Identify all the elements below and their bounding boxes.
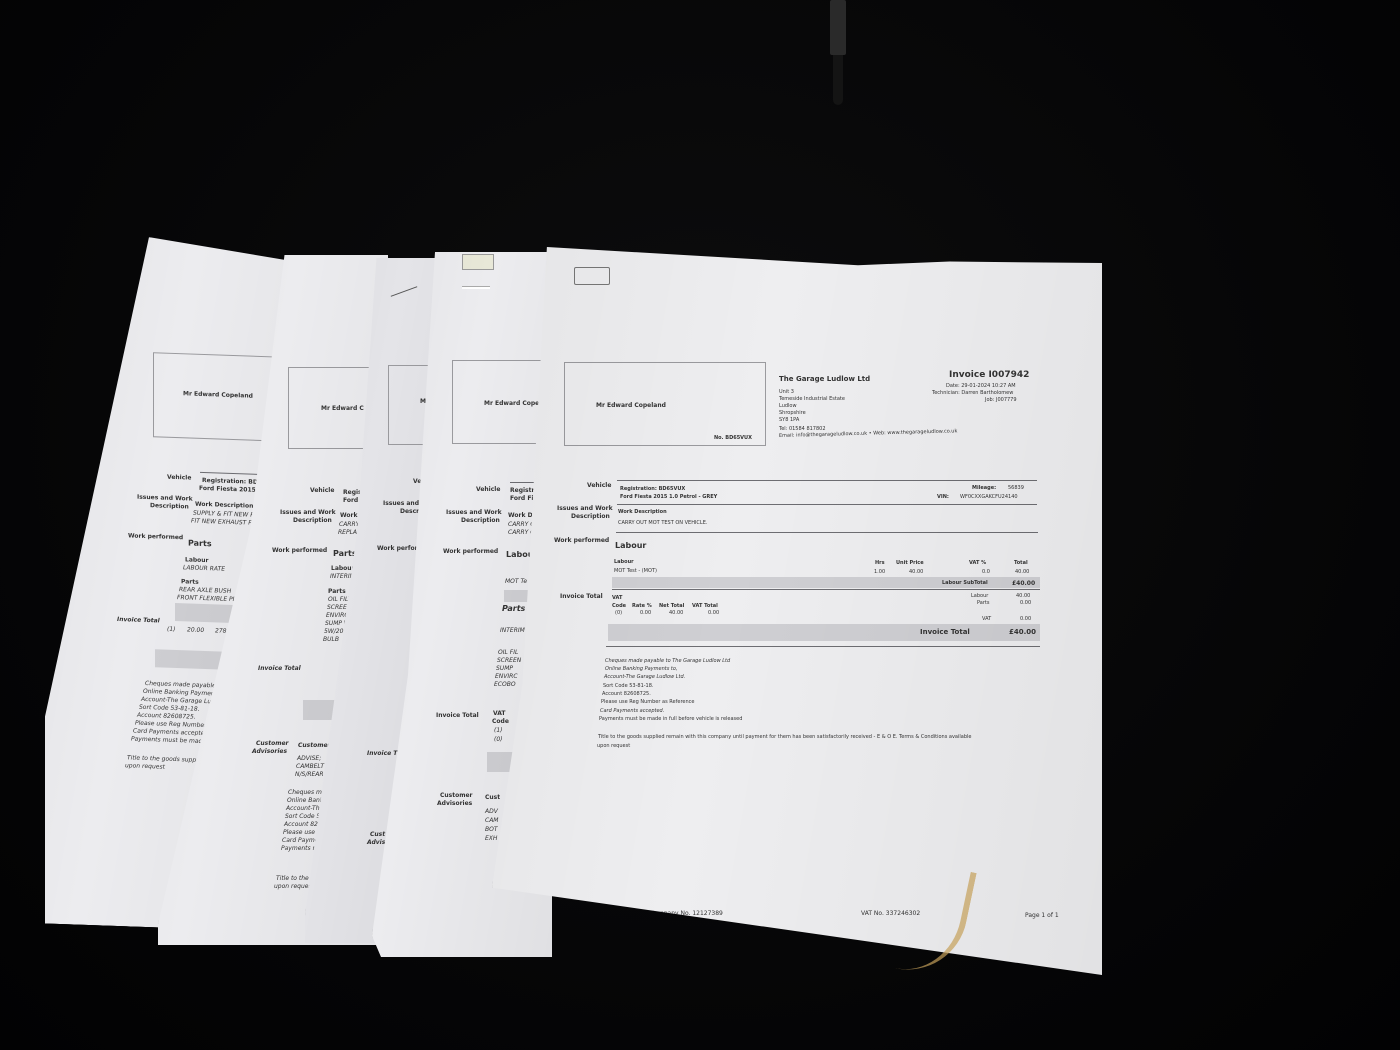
payment-note: Account 82608725. [602,691,651,697]
labour-total: 40.00 [1015,569,1029,575]
section-heading: Parts [188,538,212,548]
mileage-label: Mileage: [972,485,996,491]
payment-note: Cheques ma [288,789,326,796]
section-heading: Parts [502,604,525,613]
totals-labour-label: Labour [971,593,988,599]
labour-hrs: 1.00 [874,569,885,575]
part-line: FRONT FLEXIBLE PIPE [177,594,242,603]
vat-col-header: VAT % [969,560,986,566]
work-line: CARRY [339,521,359,528]
labour-heading: Labour [331,565,355,572]
payment-note: Account-The [286,805,323,812]
advisories-label: Advisories [252,748,287,755]
payment-note: Cheques made payable to The Garage Ludlo… [605,658,730,664]
payment-note: Payments must be made [131,735,206,745]
vehicle-description: Ford Fiesta 2015 1.0 Petrol - GREY [620,494,717,500]
terms-text: upon request [274,883,314,890]
staple-mark [462,286,490,289]
invoice-total-label: Invoice Total [117,616,160,624]
work-line: CARRY O [508,521,535,528]
work-description-heading: Work Description [195,501,253,510]
company-address-line: Ludlow [779,403,797,409]
unit-price-col-header: Unit Price [896,560,924,566]
vehicle-label: Vehicle [476,486,500,493]
vat-code: (0) [615,610,622,616]
vat-code-header: Code [612,603,626,609]
vat-heading: VAT [493,710,506,717]
pen-cap [830,0,846,55]
advisory-line: ADVISE; [297,755,321,762]
work-description: CARRY OUT MOT TEST ON VEHICLE. [618,520,707,526]
vat-total: 0.00 [708,610,719,616]
part-line: OIL FIL [498,649,518,656]
pen-mark [391,286,418,297]
advisories-label: Customer [440,792,473,799]
description-label: Description [150,502,189,510]
vehicle-label: Vehicle [587,482,611,489]
invoice-total-label: Invoice Total [436,712,479,719]
issues-label: Issues and Work [280,509,336,516]
vat-table-heading: VAT [612,595,622,601]
invoice-total-value: £40.00 [1009,628,1036,636]
labour-vat: 0.0 [982,569,990,575]
technician: Technician: Darren Bartholomew [932,390,1013,396]
vat-code: (0) [494,736,503,743]
invoice-total-label: Invoice Total [258,665,301,672]
hrs-col-header: Hrs [875,560,885,566]
vat-net: 40.00 [669,610,683,616]
invoice-total-side-label: Invoice Total [560,593,603,600]
payment-note: Online Banking Payments to, [605,666,678,672]
pen-tip [833,55,843,105]
advisory-line: BOT [485,826,498,833]
work-performed-label: Work performed [272,547,327,554]
description-label: Description [571,513,610,520]
section-heading: Parts [333,549,357,558]
part-line: SUMP [496,665,513,672]
work-performed-label: Work performed [128,532,183,541]
labour-line: MOT Te [505,578,527,585]
work-line: CARRY C [508,529,534,536]
labour-subtotal-label: Labour SubTotal [942,580,988,586]
payment-note: Please use Reg Number as Reference [601,699,694,705]
description-label: Description [293,517,332,524]
job-number: Job: J007779 [985,397,1017,403]
labour-col-header: Labour [614,559,634,565]
invoice-number: Invoice I007942 [949,370,1029,380]
terms-text: Title to the goods supplied remain with … [598,734,971,740]
advisories-label: Customer [256,740,289,747]
company-number: Company No. 12127389 [650,910,723,917]
vehicle-label: Vehicle [310,487,334,494]
totals-labour-value: 40.00 [1016,593,1030,599]
work-performed-label: Work perfor [377,545,418,552]
company-address-line: SY8 1PA [779,417,799,423]
work-line: FIT NEW EXHAUST FRO [191,518,261,527]
customer-name: Mr Edward Copeland [596,402,666,409]
advisories-label: Advisories [437,800,472,807]
invoice-date: Date: 29-01-2024 10:27 AM [946,383,1016,389]
sticky-label [462,254,494,270]
company-name: The Garage Ludlow Ltd [779,375,870,383]
section-heading: Labou [506,550,533,559]
labour-subtotal: £40.00 [1012,580,1035,587]
vat-rate-header: Rate % [632,603,652,609]
labour-line: INTERIM [500,627,525,634]
company-address-line: Unit 3 [779,389,794,395]
part-line: ECOBO [494,681,516,688]
vat-net-header: Net Total [659,603,684,609]
totals-vat-label: VAT [982,616,991,622]
advisory-line: CAM [485,817,498,824]
terms-text: upon request [597,743,630,749]
part-line: BULB [323,636,339,643]
vat-rate: 20.00 [187,626,204,634]
customer-name: Mr Edward C [321,405,364,412]
total-col-header: Total [1014,560,1028,566]
advisory-line: EXH [485,835,497,842]
main-invoice: Mr Edward Copeland No. BD65VUX The Garag… [492,247,1102,975]
customer-name: Mr Edward Copel [484,400,541,407]
labour-item: MOT Test - (MOT) [614,568,657,574]
payment-note: Card Payments accepted. [600,708,664,714]
labour-section-heading: Labour [615,541,646,550]
company-address-line: Temeside Industrial Estate [779,396,845,402]
labour-unit-price: 40.00 [909,569,923,575]
part-line: SCREEN [497,657,521,664]
payment-note: Account 826 [284,821,322,828]
company-address-line: Shropshire [779,410,806,416]
vin-label: VIN: [937,494,949,500]
labour-heading: Labour [185,556,209,564]
mileage-value: 56839 [1008,485,1024,491]
invoice-total-label: Invoice T [367,750,397,757]
invoice-total-label: Invoice Total [920,628,970,636]
issues-label: Issues and Work [137,494,193,503]
totals-parts-label: Parts [977,600,989,606]
payment-note: Payments must be made in full before veh… [599,716,742,722]
work-performed-label: Work performed [554,537,609,544]
pen [830,0,846,105]
customer-number: No. BD65VUX [714,435,752,441]
advisory-line: ADV [485,808,498,815]
vin-value: WF0CXXGAKCFU24140 [960,494,1018,500]
part-line: ENVIRC [495,673,518,680]
payment-note: Online Banki [287,797,325,804]
pen-scribble [574,267,610,285]
parts-heading: Parts [328,588,346,595]
advisories-label: Cust [370,831,385,838]
vat-code: (1) [494,727,503,734]
issues-label: Issues and Work [557,505,613,512]
totals-vat-value: 0.00 [1020,616,1031,622]
work-description-heading: Work Description [618,509,667,515]
vat-rate: 0.00 [640,610,651,616]
advisories-heading: Cust [485,794,500,801]
vat-code: (1) [167,626,176,633]
totals-parts-value: 0.00 [1020,600,1031,606]
terms-text: upon request [125,762,165,770]
issues-label: Issues and Work [446,509,502,516]
parts-heading: Parts [181,578,199,586]
labour-line: LABOUR RATE [183,564,225,572]
advisories-label: Advis [367,839,385,846]
vat-code-heading: Code [492,718,509,725]
vehicle-label: Vehicle [167,474,191,482]
payment-note: Sort Code 53-81-18. [603,683,654,689]
description-label: Description [461,517,500,524]
work-performed-label: Work performed [443,548,498,555]
page-number: Page 1 of 1 [1025,912,1059,919]
vehicle-registration: Registration: BD65VUX [620,486,685,492]
vat-total-header: VAT Total [692,603,718,609]
payment-note: Account-The Garage Ludlow Ltd. [604,674,685,680]
